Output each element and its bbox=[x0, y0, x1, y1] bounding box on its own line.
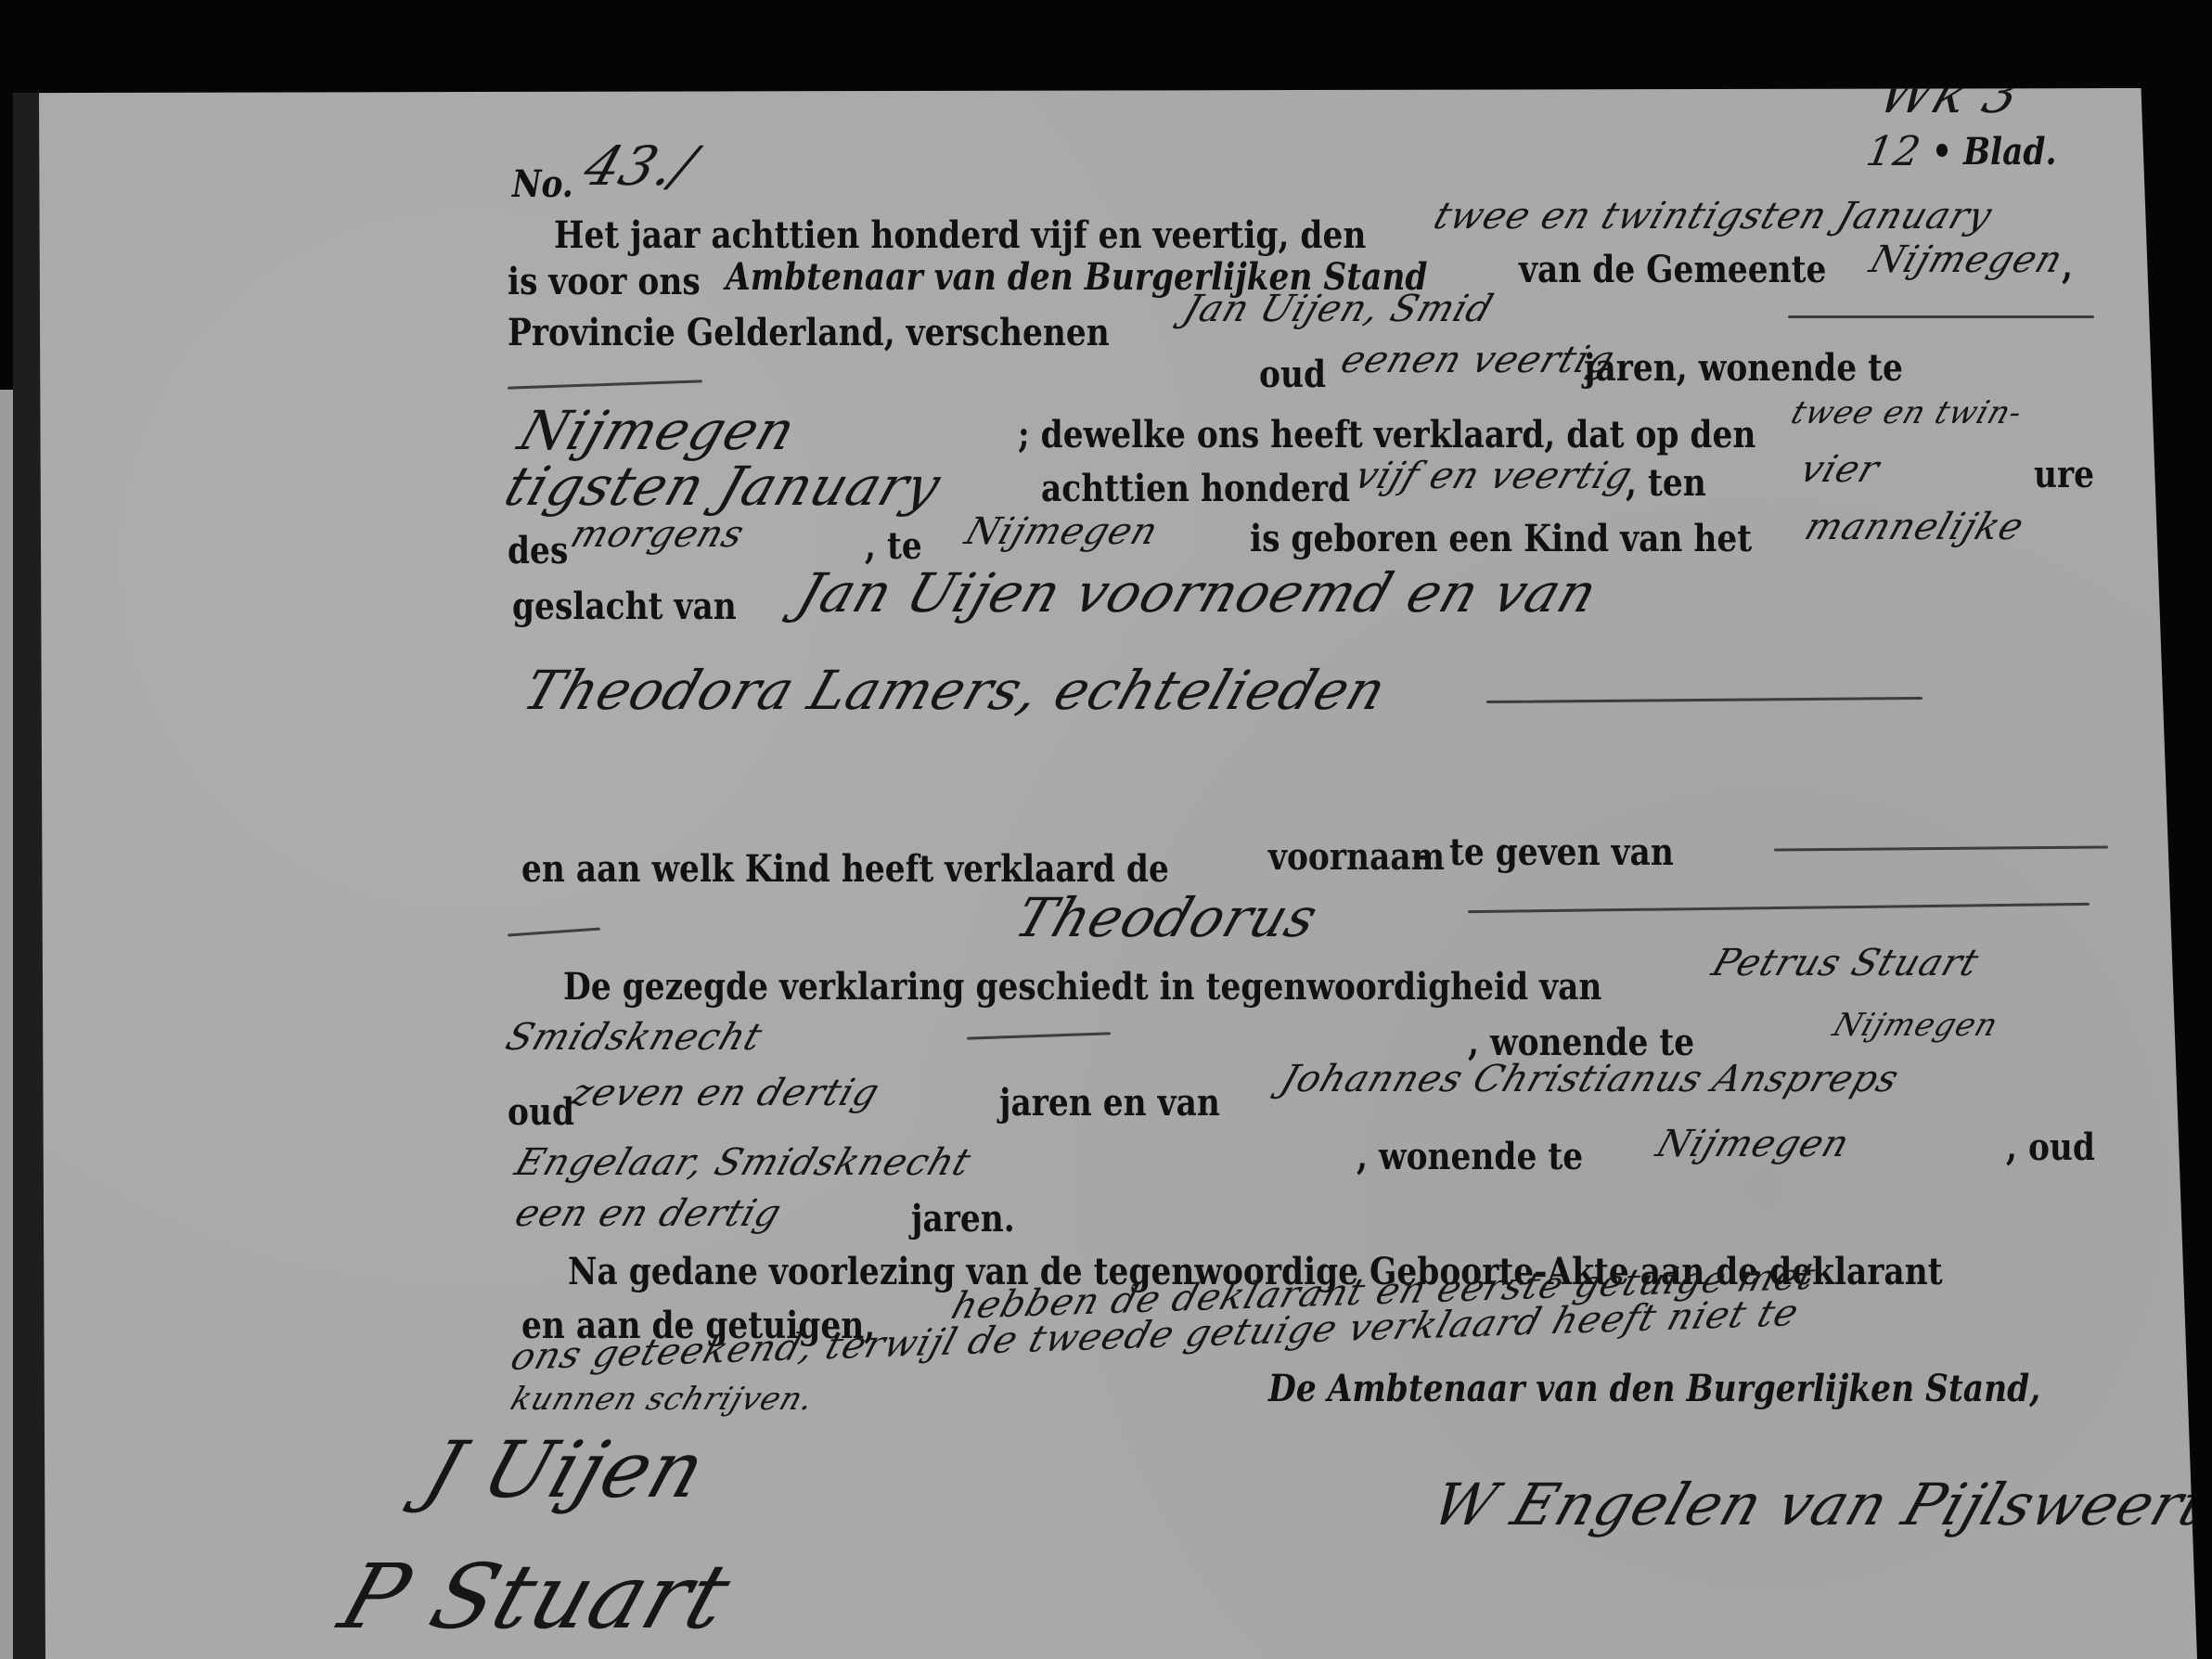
line-1-print: Het jaar achttien honderd vijf en veerti… bbox=[554, 213, 1366, 257]
act-number: 43./ bbox=[576, 135, 704, 198]
line-15-print-a: , wonende te bbox=[1357, 1135, 1583, 1178]
line-12-print: De gezegde verklaring geschiedt in tegen… bbox=[563, 965, 1601, 1009]
signature-witness: P Stuart bbox=[328, 1545, 743, 1649]
page-number: 12 bbox=[1863, 128, 1925, 175]
line-4-print: jaren, wonende te bbox=[1584, 346, 1903, 390]
comma: , bbox=[2062, 244, 2073, 288]
witness-2-residence: Nijmegen bbox=[1652, 1123, 1856, 1165]
father-reference: Jan Uijen voornoemd en van bbox=[790, 561, 1606, 624]
fill-line bbox=[1774, 845, 2108, 851]
time-of-day: morgens bbox=[566, 513, 751, 556]
fill-line bbox=[1468, 903, 2090, 913]
birth-hour: vier bbox=[1795, 448, 1885, 491]
witness-1-name: Petrus Stuart bbox=[1707, 942, 1985, 984]
line-5-print: ; dewelke ons heeft verklaard, dat op de… bbox=[1018, 413, 1755, 457]
line-14-print: jaren en van bbox=[999, 1081, 1220, 1125]
fill-line bbox=[508, 928, 600, 937]
official-title: De Ambtenaar van den Burgerlijken Stand, bbox=[1268, 1367, 2040, 1410]
mother-name: Theodora Lamers, echtelieden bbox=[516, 659, 1395, 722]
witness-1-occupation: Smidsknecht bbox=[501, 1016, 768, 1059]
margin-note: Wk 3 bbox=[1871, 65, 2028, 125]
line-14-oud: oud bbox=[508, 1090, 574, 1134]
line-15-print-b: , oud bbox=[2006, 1125, 2095, 1169]
birth-year: vijf en veertig bbox=[1350, 455, 1639, 497]
birth-day: twee en twin- bbox=[1787, 394, 2028, 431]
line-16-jaren: jaren. bbox=[911, 1197, 1015, 1241]
child-given-name: Theodorus bbox=[1008, 886, 1326, 949]
declarant-name-occupation: Jan Uijen, Smid bbox=[1178, 288, 1499, 330]
line-6-print-b: , ten bbox=[1626, 461, 1706, 505]
witness-2-surname-occupation: Engelaar, Smidsknecht bbox=[510, 1141, 977, 1184]
witness-1-age: zeven en dertig bbox=[566, 1072, 885, 1114]
line-1-date: twee en twintigsten January bbox=[1429, 195, 1999, 238]
line-8-print: geslacht van bbox=[512, 585, 737, 628]
line-7-print: is geboren een Kind van het bbox=[1250, 517, 1752, 560]
fill-line bbox=[1788, 315, 2094, 318]
declarant-residence: Nijmegen bbox=[511, 399, 804, 462]
fill-line bbox=[508, 379, 702, 389]
line-10-print-a: en aan welk Kind heeft verklaard de bbox=[521, 847, 1169, 891]
line-6-print-a: achttien honderd bbox=[1041, 467, 1350, 510]
act-number-label: No. bbox=[512, 162, 573, 206]
signing-note-3: kunnen schrijven. bbox=[507, 1381, 819, 1418]
line-3-print: Provincie Gelderland, verschenen bbox=[508, 311, 1110, 354]
fill-line bbox=[1486, 697, 1923, 703]
witness-2-age: een en dertig bbox=[510, 1192, 788, 1235]
child-sex: mannelijke bbox=[1800, 506, 2030, 548]
dash: – bbox=[1412, 833, 1428, 877]
line-2-print-c: van de Gemeente bbox=[1519, 248, 1826, 291]
signature-official: W Engelen van Pijlsweert bbox=[1424, 1471, 2212, 1538]
signature-declarant: J Uijen bbox=[414, 1424, 717, 1515]
birth-month: tigsten January bbox=[497, 455, 949, 518]
witness-1-residence: Nijmegen bbox=[1829, 1007, 2003, 1044]
adjacent-page-edge bbox=[0, 390, 13, 1659]
line-10-print-c: te geven van bbox=[1449, 830, 1674, 874]
line-4-oud: oud bbox=[1259, 353, 1326, 396]
witness-2-name: Johannes Christianus Anspreps bbox=[1276, 1058, 1905, 1100]
page-label: • Blad. bbox=[1932, 130, 2056, 174]
line-2-municipality: Nijmegen bbox=[1865, 238, 2069, 281]
certificate-page: Wk 3 12 • Blad. No. 43./ Het jaar achtti… bbox=[39, 88, 2197, 1659]
declarant-age: eenen veertig bbox=[1336, 339, 1621, 381]
fill-line bbox=[967, 1032, 1111, 1039]
line-6-print-c: ure bbox=[2034, 453, 2094, 496]
line-2-print-a: is voor ons bbox=[508, 260, 701, 303]
line-7-des: des bbox=[508, 529, 568, 572]
birth-place: Nijmegen bbox=[960, 510, 1164, 553]
